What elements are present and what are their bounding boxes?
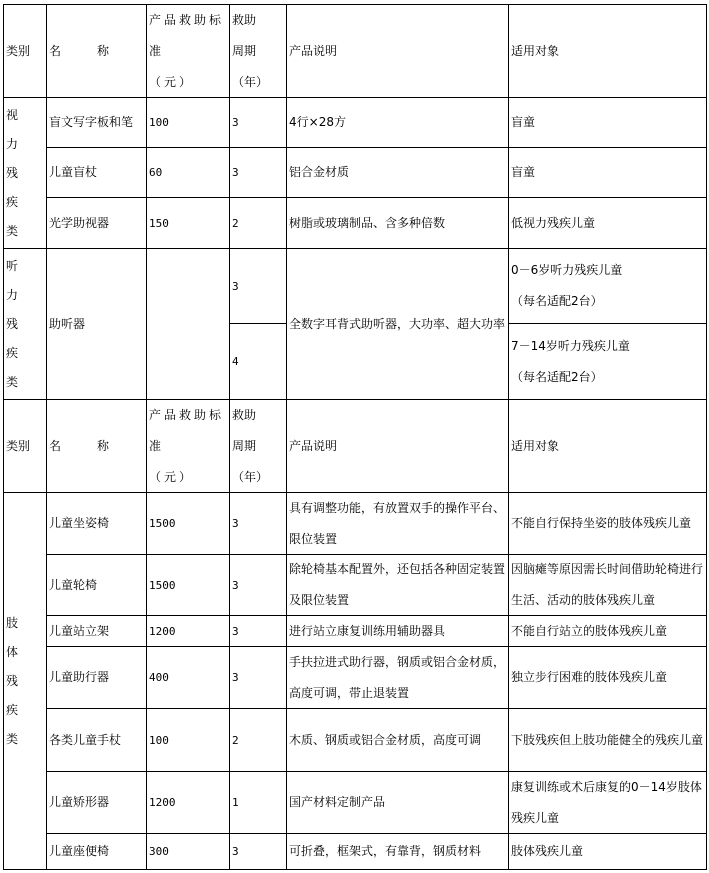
limb-row-desc: 可折叠，框架式，有靠背，钢质材料 [286, 833, 509, 870]
hearing-target-b: 7－14岁听力残疾儿童（每名适配2台） [508, 323, 707, 400]
vision-row-name: 光学助视器 [46, 197, 147, 249]
limb-row-desc: 木质、钢质或铝合金材质，高度可调 [286, 708, 509, 772]
limb-row-cycle: 3 [229, 646, 287, 709]
header-1-cycle-text: （年） [232, 67, 268, 98]
header-1-price-text: 准 [149, 36, 224, 67]
hearing-name-text: 助听器 [49, 309, 85, 340]
limb-row-price: 1200 [146, 615, 230, 647]
header-1-name-text: 名 称 [49, 36, 109, 67]
limb-row-cycle: 1 [229, 771, 287, 834]
limb-row-target-text: 康复训练或术后康复的0－14岁肢体残疾儿童 [511, 772, 706, 834]
vision-row-target: 盲童 [508, 147, 707, 198]
hearing-name: 助听器 [46, 248, 147, 400]
limb-row-price-text: 100 [149, 725, 169, 756]
header-2-desc: 产品说明 [286, 399, 509, 493]
hearing-cycle-b-text: 4 [232, 346, 239, 377]
limb-row-target: 不能自行保持坐姿的肢体残疾儿童 [508, 492, 707, 555]
limb-row-target-text: 不能自行保持坐姿的肢体残疾儿童 [511, 508, 691, 539]
limb-row-price-text: 1200 [149, 616, 176, 647]
vision-row-name-text: 光学助视器 [49, 208, 109, 239]
limb-row-desc: 进行站立康复训练用辅助器具 [286, 615, 509, 647]
limb-row-price: 100 [146, 708, 230, 772]
header-1-target: 适用对象 [508, 4, 707, 98]
hearing-target-a-text: 0－6岁听力残疾儿童 [511, 255, 622, 286]
limb-row-target-text: 肢体残疾儿童 [511, 836, 583, 867]
header-2-desc-text: 产品说明 [289, 431, 337, 462]
header-2-category-text: 类别 [6, 431, 30, 462]
vision-row-price: 100 [146, 97, 230, 148]
limb-row-name-text: 各类儿童手杖 [49, 725, 121, 756]
hearing-price [146, 248, 230, 400]
header-2-cycle: 救助周期（年） [229, 399, 287, 493]
header-1-cycle-text: 救助 [232, 5, 268, 36]
hearing-cycle-a-text: 3 [232, 271, 239, 302]
header-2-price-text: 准 [149, 431, 224, 462]
limb-row-name-text: 儿童座便椅 [49, 836, 109, 867]
vision-row-cycle-text: 3 [232, 157, 239, 188]
header-2-cycle-text: 救助 [232, 400, 268, 431]
header-1-cycle: 救助周期（年） [229, 4, 287, 98]
limb-row-price-text: 1500 [149, 508, 176, 539]
hearing-category-text: 听力残疾类 [6, 252, 18, 397]
header-2-price-text: （元） [149, 462, 224, 493]
limb-row-target: 康复训练或术后康复的0－14岁肢体残疾儿童 [508, 771, 707, 834]
hearing-desc: 全数字耳背式助听器，大功率、超大功率 [286, 248, 509, 400]
limb-row-target: 不能自行站立的肢体残疾儿童 [508, 615, 707, 647]
hearing-category: 听力残疾类 [3, 248, 47, 400]
limb-row-name-text: 儿童坐姿椅 [49, 508, 109, 539]
limb-row-name: 儿童座便椅 [46, 833, 147, 870]
header-1-desc-text: 产品说明 [289, 36, 337, 67]
vision-row-cycle: 3 [229, 147, 287, 198]
limb-row-cycle: 3 [229, 554, 287, 616]
header-2-cycle-text: （年） [232, 462, 268, 493]
vision-row-desc-text: 铝合金材质 [289, 157, 349, 188]
vision-row-desc: 铝合金材质 [286, 147, 509, 198]
vision-row-cycle-text: 2 [232, 208, 239, 239]
hearing-cycle-b: 4 [229, 323, 287, 400]
limb-row-name: 儿童站立架 [46, 615, 147, 647]
hearing-cycle-a: 3 [229, 248, 287, 324]
limb-row-target-text: 因脑瘫等原因需长时间借助轮椅进行生活、活动的肢体残疾儿童 [511, 554, 706, 616]
limb-category-text: 肢体残疾类 [6, 609, 18, 754]
limb-row-desc-text: 国产材料定制产品 [289, 787, 385, 818]
vision-row-price-text: 150 [149, 208, 169, 239]
vision-row-target: 盲童 [508, 97, 707, 148]
limb-row-price: 300 [146, 833, 230, 870]
vision-row-target-text: 低视力残疾儿童 [511, 208, 595, 239]
limb-row-price-text: 400 [149, 662, 169, 693]
vision-row-name: 儿童盲杖 [46, 147, 147, 198]
vision-row-name-text: 盲文写字板和笔 [49, 107, 133, 138]
limb-row-desc-text: 可折叠，框架式，有靠背，钢质材料 [289, 836, 481, 867]
limb-row-target: 因脑瘫等原因需长时间借助轮椅进行生活、活动的肢体残疾儿童 [508, 554, 707, 616]
vision-row-cycle: 3 [229, 97, 287, 148]
limb-row-price: 1500 [146, 492, 230, 555]
limb-row-desc: 国产材料定制产品 [286, 771, 509, 834]
limb-row-desc: 手扶拉进式助行器，钢质或铝合金材质，高度可调，带止退装置 [286, 646, 509, 709]
limb-row-name: 儿童矫形器 [46, 771, 147, 834]
limb-row-name: 儿童助行器 [46, 646, 147, 709]
limb-row-name-text: 儿童轮椅 [49, 570, 97, 601]
limb-row-desc: 具有调整功能，有放置双手的操作平台、限位装置 [286, 492, 509, 555]
limb-row-cycle-text: 3 [232, 616, 239, 647]
assistive-devices-table: 类别名 称产品救助标准（元）救助周期（年）产品说明适用对象视力残疾类盲文写字板和… [3, 4, 706, 869]
limb-row-price: 1500 [146, 554, 230, 616]
header-2-name-text: 名 称 [49, 431, 109, 462]
vision-row-price-text: 60 [149, 157, 162, 188]
limb-row-target-text: 独立步行困难的肢体残疾儿童 [511, 662, 667, 693]
header-2-price-text: 产品救助标 [149, 400, 224, 431]
vision-row-name: 盲文写字板和笔 [46, 97, 147, 148]
limb-row-desc-text: 木质、钢质或铝合金材质，高度可调 [289, 725, 481, 756]
header-1-category-text: 类别 [6, 36, 30, 67]
header-1-target-text: 适用对象 [511, 36, 559, 67]
limb-row-desc-text: 手扶拉进式助行器，钢质或铝合金材质，高度可调，带止退装置 [289, 647, 508, 709]
vision-category-text: 视力残疾类 [6, 101, 18, 246]
vision-row-name-text: 儿童盲杖 [49, 157, 97, 188]
vision-row-price: 60 [146, 147, 230, 198]
header-2-price: 产品救助标准（元） [146, 399, 230, 493]
header-1-name: 名 称 [46, 4, 147, 98]
vision-row-price: 150 [146, 197, 230, 249]
hearing-target-b-text: （每名适配2台） [511, 362, 630, 393]
limb-row-target: 下肢残疾但上肢功能健全的残疾儿童 [508, 708, 707, 772]
limb-row-cycle-text: 3 [232, 662, 239, 693]
header-1-category: 类别 [3, 4, 47, 98]
header-1-desc: 产品说明 [286, 4, 509, 98]
header-1-cycle-text: 周期 [232, 36, 268, 67]
limb-row-desc-text: 除轮椅基本配置外，还包括各种固定装置及限位装置 [289, 554, 508, 616]
header-2-name: 名 称 [46, 399, 147, 493]
limb-row-name-text: 儿童矫形器 [49, 787, 109, 818]
vision-category: 视力残疾类 [3, 97, 47, 249]
limb-row-cycle-text: 2 [232, 725, 239, 756]
vision-row-target-text: 盲童 [511, 157, 535, 188]
limb-row-name: 儿童轮椅 [46, 554, 147, 616]
limb-row-cycle-text: 3 [232, 508, 239, 539]
header-2-category: 类别 [3, 399, 47, 493]
header-1-price: 产品救助标准（元） [146, 4, 230, 98]
header-2-target: 适用对象 [508, 399, 707, 493]
header-2-target-text: 适用对象 [511, 431, 559, 462]
limb-row-name: 各类儿童手杖 [46, 708, 147, 772]
vision-row-target-text: 盲童 [511, 107, 535, 138]
limb-row-name-text: 儿童站立架 [49, 616, 109, 647]
limb-row-cycle-text: 3 [232, 836, 239, 867]
hearing-target-a: 0－6岁听力残疾儿童（每名适配2台） [508, 248, 707, 324]
limb-row-name-text: 儿童助行器 [49, 662, 109, 693]
hearing-target-b-text: 7－14岁听力残疾儿童 [511, 331, 630, 362]
limb-row-target: 独立步行困难的肢体残疾儿童 [508, 646, 707, 709]
hearing-target-a-text: （每名适配2台） [511, 286, 622, 317]
limb-row-price: 400 [146, 646, 230, 709]
header-2-cycle-text: 周期 [232, 431, 268, 462]
limb-row-target-text: 不能自行站立的肢体残疾儿童 [511, 616, 667, 647]
vision-row-cycle: 2 [229, 197, 287, 249]
vision-row-desc: 树脂或玻璃制品、含多种倍数 [286, 197, 509, 249]
vision-row-cycle-text: 3 [232, 107, 239, 138]
limb-row-target: 肢体残疾儿童 [508, 833, 707, 870]
limb-row-price-text: 300 [149, 836, 169, 867]
limb-row-desc-text: 进行站立康复训练用辅助器具 [289, 616, 445, 647]
limb-row-cycle-text: 3 [232, 570, 239, 601]
hearing-desc-text: 全数字耳背式助听器，大功率、超大功率 [289, 309, 505, 340]
limb-row-price-text: 1200 [149, 787, 176, 818]
limb-row-desc-text: 具有调整功能，有放置双手的操作平台、限位装置 [289, 493, 508, 555]
limb-row-cycle: 2 [229, 708, 287, 772]
limb-row-cycle: 3 [229, 492, 287, 555]
limb-row-cycle: 3 [229, 833, 287, 870]
header-1-price-text: 产品救助标 [149, 5, 224, 36]
vision-row-desc-text: 4行×28方 [289, 107, 346, 138]
vision-row-desc-text: 树脂或玻璃制品、含多种倍数 [289, 208, 445, 239]
limb-row-cycle-text: 1 [232, 787, 239, 818]
limb-category: 肢体残疾类 [3, 492, 47, 870]
vision-row-price-text: 100 [149, 107, 169, 138]
limb-row-cycle: 3 [229, 615, 287, 647]
vision-row-desc: 4行×28方 [286, 97, 509, 148]
limb-row-name: 儿童坐姿椅 [46, 492, 147, 555]
limb-row-price: 1200 [146, 771, 230, 834]
vision-row-target: 低视力残疾儿童 [508, 197, 707, 249]
limb-row-price-text: 1500 [149, 570, 176, 601]
limb-row-target-text: 下肢残疾但上肢功能健全的残疾儿童 [511, 725, 703, 756]
header-1-price-text: （元） [149, 67, 224, 98]
limb-row-desc: 除轮椅基本配置外，还包括各种固定装置及限位装置 [286, 554, 509, 616]
